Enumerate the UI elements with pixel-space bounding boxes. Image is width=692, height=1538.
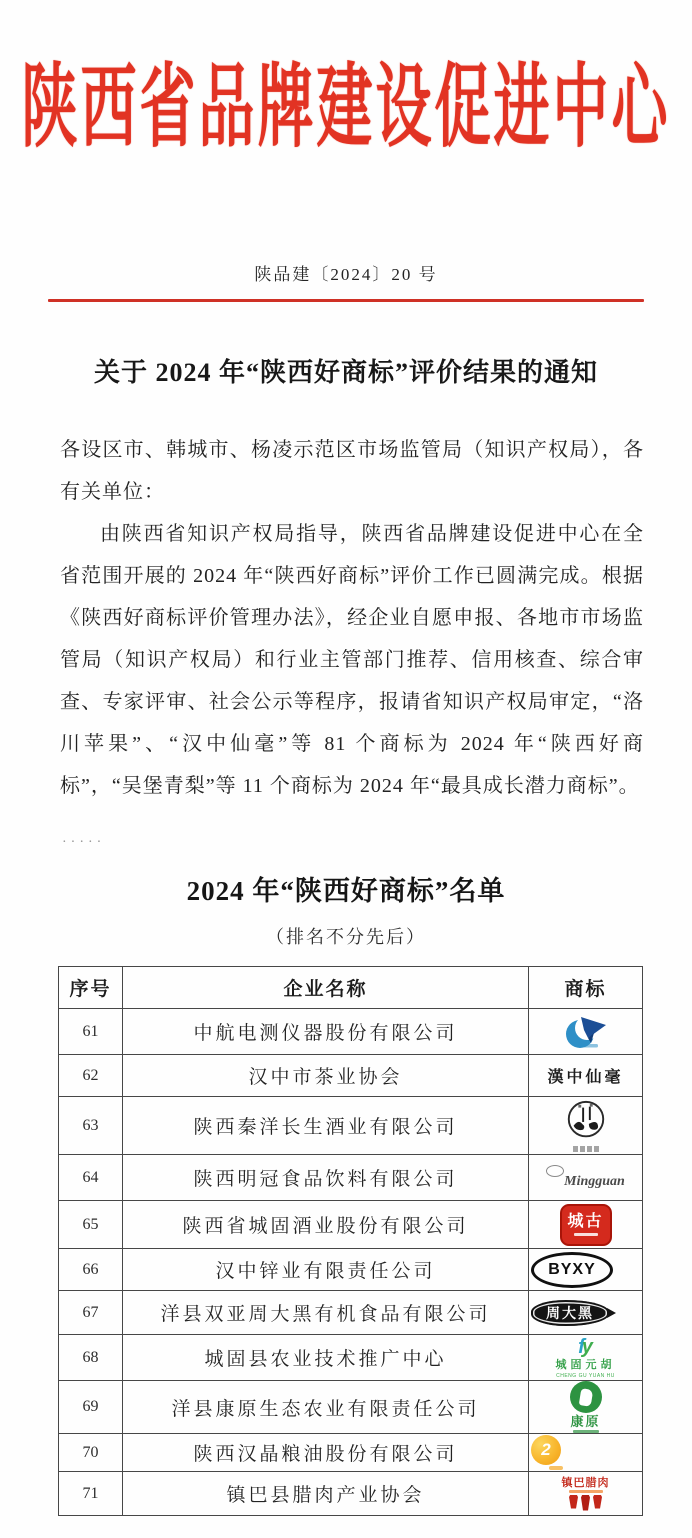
header-cell-company: 企业名称 xyxy=(123,967,529,1009)
row-number: 67 xyxy=(59,1291,123,1335)
hanzhong-xianhao-wordmark: 漢中仙毫 xyxy=(547,1069,623,1086)
mingguan-oval-icon xyxy=(546,1165,564,1177)
mingguan-wordmark: Mingguan xyxy=(531,1165,640,1190)
table-row: 65 陕西省城固酒业股份有限公司 城古 ® xyxy=(59,1201,643,1249)
red-divider-rule xyxy=(48,299,644,302)
zhoudahei-black-oval-badge: 周大黑 xyxy=(531,1300,609,1326)
trademark-table: 序号 企业名称 商标 61 中航电测仪器股份有限公司 62 xyxy=(58,966,643,1516)
masthead-title: 陕西省品牌建设促进中心 xyxy=(22,36,671,166)
row-number: 71 xyxy=(59,1472,123,1516)
row-number: 62 xyxy=(59,1055,123,1097)
list-heading: 2024 年“陕西好商标”名单 xyxy=(0,869,692,908)
document-page: 陕西省品牌建设促进中心 陕品建〔2024〕20 号 关于 2024 年“陕西好商… xyxy=(0,0,692,1538)
list-note: （排名不分先后） xyxy=(0,923,692,949)
registered-mark: ® xyxy=(642,1434,643,1442)
zhenba-larou-logo: 镇巴腊肉 xyxy=(531,1477,640,1511)
chenggu-red-badge: 城古 ® xyxy=(531,1204,640,1246)
trademark-cell: 康原 xyxy=(529,1381,643,1434)
company-name: 汉中锌业有限责任公司 xyxy=(123,1249,529,1291)
row-number: 61 xyxy=(59,1009,123,1055)
company-name: 陕西省城固酒业股份有限公司 xyxy=(123,1201,529,1249)
trademark-cell: Mingguan xyxy=(529,1155,643,1201)
company-name: 中航电测仪器股份有限公司 xyxy=(123,1009,529,1055)
row-number: 66 xyxy=(59,1249,123,1291)
row-number: 63 xyxy=(59,1097,123,1155)
row-number: 69 xyxy=(59,1381,123,1434)
row-number: 68 xyxy=(59,1335,123,1381)
company-name: 陕西秦洋长生酒业有限公司 xyxy=(123,1097,529,1155)
doc-number: 陕品建〔2024〕20 号 xyxy=(0,260,692,285)
kangyuan-subtext-blur xyxy=(573,1430,599,1433)
orange-sun-swoosh-icon: 2 ® xyxy=(531,1435,640,1470)
company-name: 洋县康原生态农业有限责任公司 xyxy=(123,1381,529,1434)
fy-monogram-icon: fy xyxy=(578,1337,593,1357)
row-number: 70 xyxy=(59,1434,123,1472)
chenggu-badge-text: 城古 xyxy=(567,1213,603,1231)
body-paragraph: 由陕西省知识产权局指导，陕西省品牌建设促进中心在全省范围开展的 2024 年“陕… xyxy=(60,513,644,807)
byxy-oval-badge: BYXY xyxy=(531,1252,613,1288)
row-number: 64 xyxy=(59,1155,123,1201)
company-name: 陕西汉晶粮油股份有限公司 xyxy=(123,1434,529,1472)
faded-ellipsis-marks: ····· xyxy=(62,835,692,851)
zhenba-subtext-blur xyxy=(569,1490,603,1493)
trademark-cell xyxy=(529,1009,643,1055)
notice-title: 关于 2024 年“陕西好商标”评价结果的通知 xyxy=(0,352,692,389)
hanjing-subtext-blur xyxy=(549,1466,563,1470)
company-name: 城固县农业技术推广中心 xyxy=(123,1335,529,1381)
table-row: 70 陕西汉晶粮油股份有限公司 2 ® xyxy=(59,1434,643,1472)
salutation: 各设区市、韩城市、杨凌示范区市场监管局（知识产权局），各有关单位： xyxy=(60,429,644,513)
table-row: 71 镇巴县腊肉产业协会 镇巴腊肉 xyxy=(59,1472,643,1516)
table-row: 68 城固县农业技术推广中心 fy 城固元胡 CHENG GU YUAN HU xyxy=(59,1335,643,1381)
table-row: 62 汉中市茶业协会 漢中仙毫 xyxy=(59,1055,643,1097)
table-row: 69 洋县康原生态农业有限责任公司 康原 xyxy=(59,1381,643,1434)
header-cell-no: 序号 xyxy=(59,967,123,1009)
table-header-row: 序号 企业名称 商标 xyxy=(59,967,643,1009)
company-name: 洋县双亚周大黑有机食品有限公司 xyxy=(123,1291,529,1335)
trademark-cell: BYXY xyxy=(529,1249,643,1291)
seal-caption-blur xyxy=(573,1146,599,1152)
trademark-cell: 城古 ® xyxy=(529,1201,643,1249)
trademark-cell: 镇巴腊肉 xyxy=(529,1472,643,1516)
trademark-cell: 周大黑 xyxy=(529,1291,643,1335)
chenggu-yuanhu-logo: fy 城固元胡 CHENG GU YUAN HU xyxy=(531,1337,640,1379)
table-row: 66 汉中锌业有限责任公司 BYXY xyxy=(59,1249,643,1291)
table-row: 61 中航电测仪器股份有限公司 xyxy=(59,1009,643,1055)
notice-body: 各设区市、韩城市、杨凌示范区市场监管局（知识产权局），各有关单位： 由陕西省知识… xyxy=(60,429,644,807)
company-name: 镇巴县腊肉产业协会 xyxy=(123,1472,529,1516)
trademark-cell: 漢中仙毫 xyxy=(529,1055,643,1097)
kangyuan-green-logo: 康原 xyxy=(531,1381,640,1433)
zemic-plane-swirl-icon xyxy=(531,1014,640,1050)
table-row: 67 洋县双亚周大黑有机食品有限公司 周大黑 xyxy=(59,1291,643,1335)
trademark-cell: fy 城固元胡 CHENG GU YUAN HU xyxy=(529,1335,643,1381)
company-name: 汉中市茶业协会 xyxy=(123,1055,529,1097)
table-row: 64 陕西明冠食品饮料有限公司 Mingguan xyxy=(59,1155,643,1201)
masthead: 陕西省品牌建设促进中心 xyxy=(0,36,692,138)
chenggu-badge-subtext-blur xyxy=(574,1233,598,1236)
header-cell-trademark: 商标 xyxy=(529,967,643,1009)
trademark-cell xyxy=(529,1097,643,1155)
hanging-bacon-icon xyxy=(569,1495,602,1511)
trademark-cell: 2 ® xyxy=(529,1434,643,1472)
table-row: 63 陕西秦洋长生酒业有限公司 xyxy=(59,1097,643,1155)
company-name: 陕西明冠食品饮料有限公司 xyxy=(123,1155,529,1201)
ink-seal-icon xyxy=(531,1099,640,1152)
row-number: 65 xyxy=(59,1201,123,1249)
kangyuan-circle-icon xyxy=(570,1381,602,1413)
